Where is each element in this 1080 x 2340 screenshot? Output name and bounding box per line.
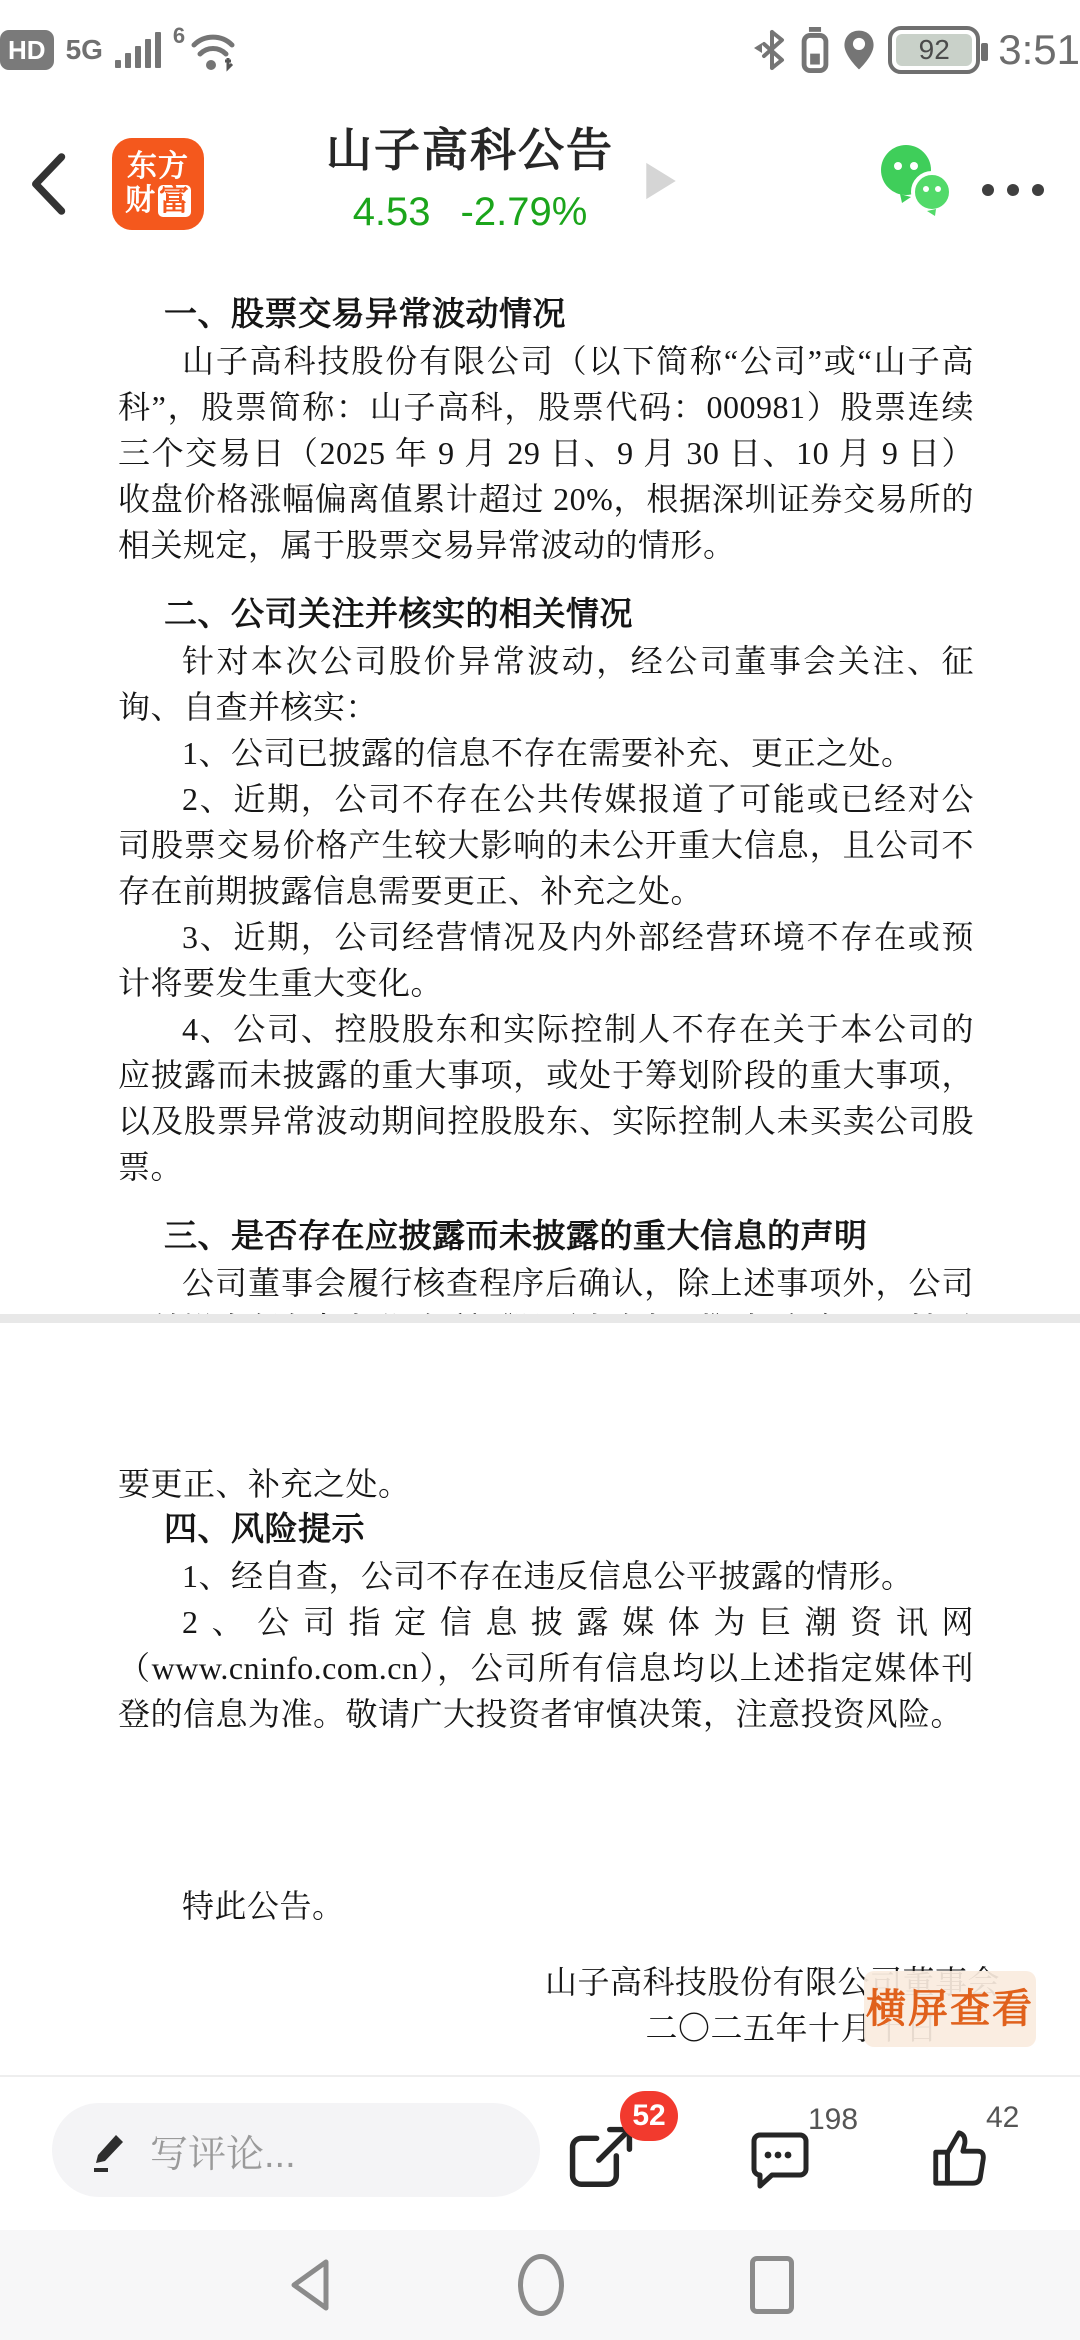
like-button[interactable]: 42 (924, 2095, 1054, 2213)
section1-paragraph: 山子高科技股份有限公司（以下简称“公司”或“山子高科”，股票简称：山子高科，股票… (118, 338, 974, 568)
thumbs-up-icon (928, 2127, 990, 2189)
section4-item1: 1、经自查，公司不存在违反信息公平披露的情形。 (118, 1553, 974, 1599)
comment-bar: 写评论... 52 198 42 (0, 2075, 1080, 2232)
stock-change: -2.79% (461, 190, 588, 235)
announcement-page-2: 要更正、补充之处。 四、风险提示 1、经自查，公司不存在违反信息公平披露的情形。… (0, 1323, 1080, 2075)
status-right-cluster: 92 3:51 (752, 26, 1080, 74)
page-separator (0, 1314, 1080, 1323)
comment-placeholder: 写评论... (150, 2123, 296, 2178)
more-menu-button[interactable] (982, 180, 1044, 200)
like-count: 42 (986, 2101, 1019, 2135)
logo-line2: 财富 (125, 185, 191, 217)
clock-label: 3:51 (998, 26, 1080, 74)
bluetooth-icon (752, 28, 788, 72)
landscape-view-button[interactable]: 横屏查看 (864, 1971, 1036, 2047)
phone-status-icon (800, 27, 830, 73)
share-icon (566, 2123, 636, 2193)
announcement-page-1: 一、股票交易异常波动情况 山子高科技股份有限公司（以下简称“公司”或“山子高科”… (0, 268, 1080, 1314)
closing-line: 特此公告。 (118, 1883, 974, 1929)
screen: HD 5G 6 (0, 0, 1080, 2340)
stock-price: 4.53 (353, 190, 431, 235)
nav-home-icon[interactable] (518, 2254, 564, 2316)
status-bar: HD 5G 6 (0, 0, 1080, 100)
wifi-generation-label: 6 (173, 23, 185, 49)
signal-strength-icon (115, 32, 161, 68)
battery-icon: 92 (888, 26, 980, 74)
android-nav-bar (0, 2230, 1080, 2340)
eastmoney-logo[interactable]: 东方 财富 (112, 138, 204, 230)
status-left-cluster: HD 5G 6 (0, 27, 239, 73)
nav-back-icon[interactable] (286, 2257, 332, 2313)
network-type-label: 5G (66, 34, 103, 66)
section1-heading: 一、股票交易异常波动情况 (118, 292, 974, 338)
continuation-line: 要更正、补充之处。 (118, 1461, 974, 1507)
section4-heading: 四、风险提示 (118, 1507, 974, 1553)
section4-item2: 2、公司指定信息披露媒体为巨潮资讯网（www.cninfo.com.cn），公司… (118, 1599, 974, 1737)
logo-line1: 东方 (127, 151, 189, 183)
comments-count: 198 (808, 2103, 858, 2137)
section2-item2: 2、近期，公司不存在公共传媒报道了可能或已经对公司股票交易价格产生较大影响的未公… (118, 776, 974, 914)
section2-item1: 1、公司已披露的信息不存在需要补充、更正之处。 (118, 730, 974, 776)
location-icon (842, 28, 876, 72)
wifi-icon: 6 (173, 27, 239, 73)
comments-icon (746, 2129, 810, 2191)
nav-recents-icon[interactable] (750, 2256, 794, 2314)
header: 东方 财富 山子高科公告 4.53 -2.79% (0, 100, 1080, 270)
share-badge: 52 (620, 2091, 678, 2141)
play-audio-button[interactable] (644, 160, 678, 202)
back-button[interactable] (26, 152, 70, 216)
section3-heading: 三、是否存在应披露而未披露的重大信息的声明 (118, 1214, 974, 1260)
comment-input[interactable]: 写评论... (52, 2103, 540, 2197)
wechat-share-button[interactable] (876, 142, 956, 218)
pencil-icon (88, 2127, 130, 2173)
section2-heading: 二、公司关注并核实的相关情况 (118, 592, 974, 638)
share-button[interactable]: 52 (562, 2095, 692, 2213)
section2-item3: 3、近期，公司经营情况及内外部经营环境不存在或预计将要发生重大变化。 (118, 914, 974, 1006)
comments-button[interactable]: 198 (742, 2095, 872, 2213)
hd-icon: HD (0, 30, 54, 70)
date-line: 二〇二五年十月十日 (118, 2005, 938, 2051)
section2-intro: 针对本次公司股价异常波动，经公司董事会关注、征询、自查并核实： (118, 638, 974, 730)
battery-percent: 92 (919, 34, 950, 66)
section2-item4: 4、公司、控股股东和实际控制人不存在关于本公司的应披露而未披露的重大事项，或处于… (118, 1006, 974, 1190)
